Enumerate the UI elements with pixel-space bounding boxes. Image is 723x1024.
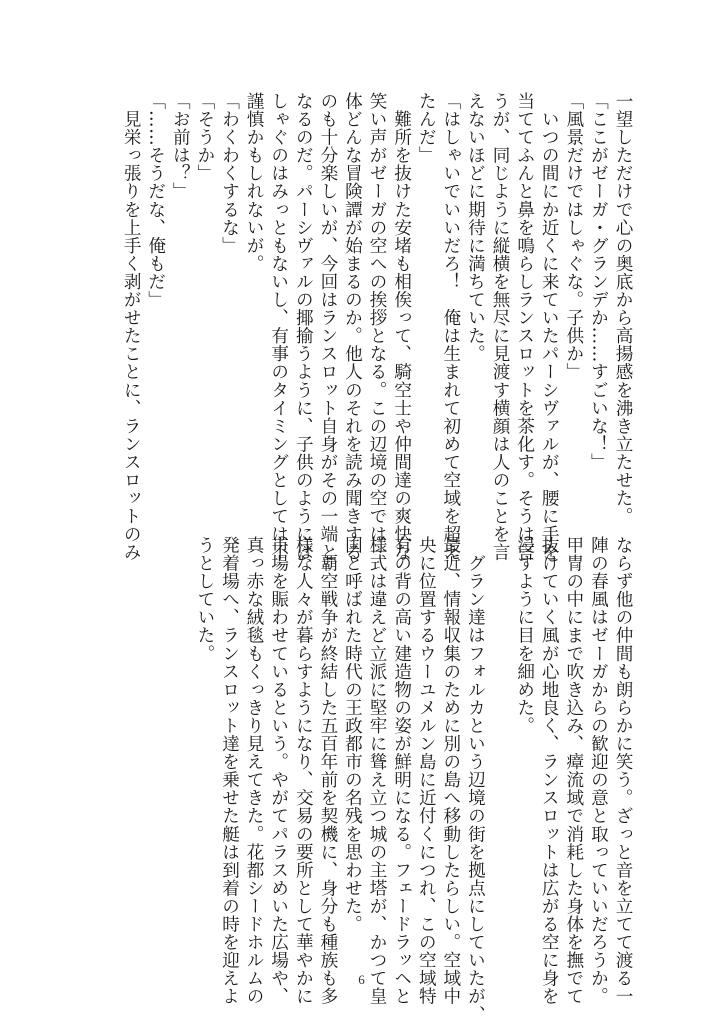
text-line: 様式は違えど立派に堅牢に聳え立つ城の主塔が、かつて皇	[364, 536, 389, 936]
dialogue-line: たんだ」	[414, 92, 439, 492]
text-line: 難所を抜けた安堵も相俟って、騎空士や仲間達の爽快な	[389, 92, 414, 492]
text-line: 発着場へ、ランスロット達を乗せた艇は到着の時を迎えよ	[217, 536, 242, 936]
text-line: 有の背の高い建造物の姿が鮮明になる。フェードラッヘと	[389, 536, 414, 936]
dialogue-line: 「お前は？」	[168, 92, 193, 492]
blank-line	[487, 536, 512, 936]
text-block-top: 一望しただけで心の奥底から高揚感を沸き立たせた。 「ここがゼーガ・グランデか………	[119, 92, 635, 492]
text-block-bottom: ならず他の仲間も朗らかに笑う。ざっと音を立てて渡る一 陣の春風はゼーガからの歓迎…	[192, 536, 635, 936]
text-line: ならず他の仲間も朗らかに笑う。ざっと音を立てて渡る一	[610, 536, 635, 936]
text-line: いつの間にか近くに来ていたパーシヴァルが、腰に手を	[537, 92, 562, 492]
text-line: 当ててふんと鼻を鳴らしランスロットを茶化す。そうは言	[512, 92, 537, 492]
text-line: うが、同じように縦横を無尽に見渡す横顔は人のことを言	[487, 92, 512, 492]
text-line: 謹慎かもしれないが。	[242, 92, 267, 492]
text-line: 笑い声がゼーガの空への挨拶となる。この辺境の空では一	[364, 92, 389, 492]
text-line: 覇空戦争が終結した五百年前を契機に、身分も種族も多	[315, 536, 340, 936]
text-line: 甲冑の中にまで吹き込み、瘴流域で消耗した身体を撫でて	[561, 536, 586, 936]
text-line: 国と呼ばれた時代の王政都市の名残を思わせた。	[340, 536, 365, 936]
text-line: しゃぐのはみっともないし、有事のタイミングとしては不	[266, 92, 291, 492]
text-line: 抜けていく風が心地良く、ランスロットは広がる空に身を	[537, 536, 562, 936]
text-line: 見栄っ張りを上手く剥がせたことに、ランスロットのみ	[119, 92, 144, 492]
dialogue-line: 「はしゃいでいいだろ！ 俺は生まれて初めて空域を超え	[438, 92, 463, 492]
text-line: えないほどに期待に満ちていた。	[463, 92, 488, 492]
text-line: 陣の春風はゼーガからの歓迎の意と取っていいだろうか。	[586, 536, 611, 936]
dialogue-line: 「ここがゼーガ・グランデか……すごいな！」	[586, 92, 611, 492]
text-line: うとしていた。	[192, 536, 217, 936]
page-number: 6	[0, 972, 723, 988]
text-line: 最近、情報収集のために別の島へ移動したらしい。空域中	[438, 536, 463, 936]
text-line: グラン達はフォルカという辺境の街を拠点にしていたが、	[463, 536, 488, 936]
dialogue-line: 「風景だけではしゃぐな。子供か」	[561, 92, 586, 492]
dialogue-line: 「わくわくするな」	[217, 92, 242, 492]
text-line: 一望しただけで心の奥底から高揚感を沸き立たせた。	[610, 92, 635, 492]
text-line: 様な人々が暮らすようになり、交易の要所として華やかに	[291, 536, 316, 936]
text-line: なるのだ。パーシヴァルの揶揄うように、子供のようには	[291, 92, 316, 492]
text-line: 真っ赤な絨毯もくっきり見えてきた。花都シードホルムの	[242, 536, 267, 936]
text-line: のも十分楽しいが、今回はランスロット自身がその一端と	[315, 92, 340, 492]
text-line: 体どんな冒険譚が始まるのか。他人のそれを読み聞きする	[340, 92, 365, 492]
dialogue-line: 「……そうだな、俺もだ」	[143, 92, 168, 492]
text-line: 央に位置するウーユメルン島に近付くにつれ、この空域特	[414, 536, 439, 936]
dialogue-line: 「そうか」	[192, 92, 217, 492]
text-line: 市場を賑わせているという。やがてパラスめいた広場や、	[266, 536, 291, 936]
text-line: 浸すように目を細めた。	[512, 536, 537, 936]
